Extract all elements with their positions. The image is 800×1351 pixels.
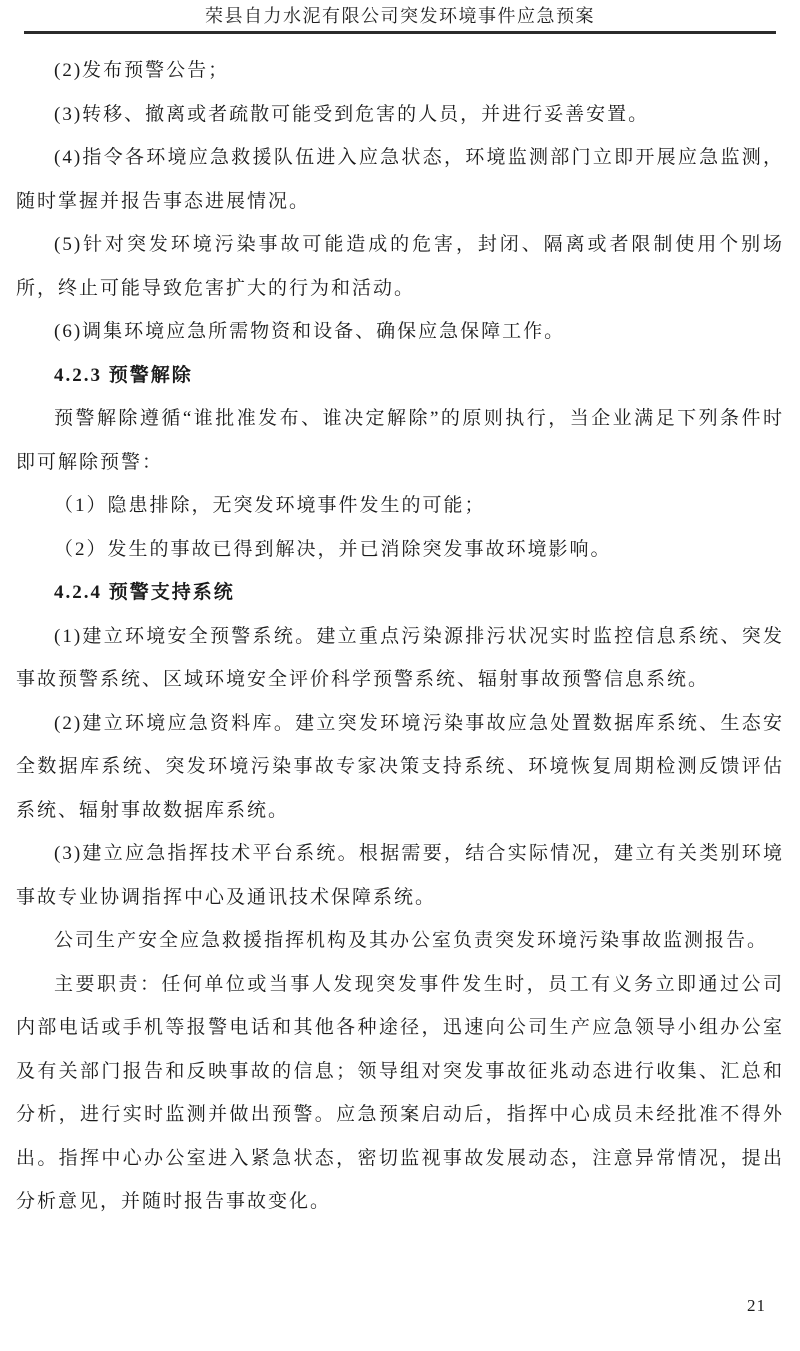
paragraph-release-condition-2: （2）发生的事故已得到解决，并已消除突发事故环境影响。 (16, 528, 784, 572)
paragraph-warning-release-intro: 预警解除遵循“谁批准发布、谁决定解除”的原则执行，当企业满足下列条件时即可解除预… (16, 397, 784, 484)
paragraph-item-3: (3)转移、撤离或者疏散可能受到危害的人员，并进行妥善安置。 (16, 93, 784, 137)
document-header-title: 荣县自力水泥有限公司突发环境事件应急预案 (0, 5, 800, 27)
paragraph-support-system-3: (3)建立应急指挥技术平台系统。根据需要，结合实际情况，建立有关类别环境事故专业… (16, 832, 784, 919)
paragraph-support-system-2: (2)建立环境应急资料库。建立突发环境污染事故应急处置数据库系统、生态安全数据库… (16, 702, 784, 833)
paragraph-item-4: (4)指令各环境应急救援队伍进入应急状态，环境监测部门立即开展应急监测，随时掌握… (16, 136, 784, 223)
document-page: 荣县自力水泥有限公司突发环境事件应急预案 (2)发布预警公告； (3)转移、撤离… (0, 0, 800, 1351)
paragraph-item-2: (2)发布预警公告； (16, 49, 784, 93)
section-heading-4-2-4: 4.2.4 预警支持系统 (16, 571, 784, 615)
paragraph-item-6: (6)调集环境应急所需物资和设备、确保应急保障工作。 (16, 310, 784, 354)
paragraph-release-condition-1: （1）隐患排除，无突发环境事件发生的可能； (16, 484, 784, 528)
paragraph-main-duties: 主要职责：任何单位或当事人发现突发事件发生时，员工有义务立即通过公司内部电话或手… (16, 963, 784, 1224)
paragraph-monitoring-report: 公司生产安全应急救援指挥机构及其办公室负责突发环境污染事故监测报告。 (16, 919, 784, 963)
page-number: 21 (747, 1296, 766, 1316)
paragraph-item-5: (5)针对突发环境污染事故可能造成的危害，封闭、隔离或者限制使用个别场所，终止可… (16, 223, 784, 310)
section-heading-4-2-3: 4.2.3 预警解除 (16, 354, 784, 398)
document-body: (2)发布预警公告； (3)转移、撤离或者疏散可能受到危害的人员，并进行妥善安置… (16, 49, 784, 1224)
header-rule-divider (24, 31, 776, 34)
document-header: 荣县自力水泥有限公司突发环境事件应急预案 (0, 0, 800, 34)
paragraph-support-system-1: (1)建立环境安全预警系统。建立重点污染源排污状况实时监控信息系统、突发事故预警… (16, 615, 784, 702)
